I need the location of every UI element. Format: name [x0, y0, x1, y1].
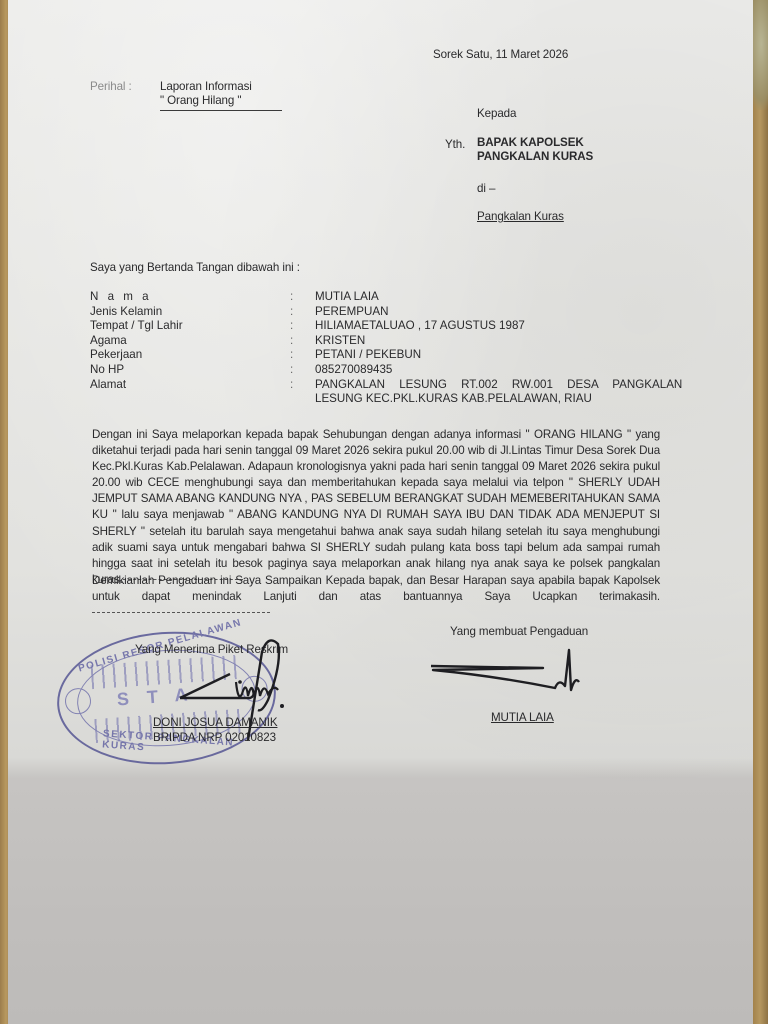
receiver-name: DONI JOSUA DAMANIK — [153, 716, 277, 729]
dashed-line — [92, 612, 270, 613]
place-date: Sorek Satu, 11 Maret 2026 — [433, 48, 568, 61]
identity-colon: : — [290, 363, 293, 376]
subject-label: Perihal : — [90, 80, 132, 93]
identity-value: 085270089435 — [315, 363, 392, 376]
identity-label: Alamat — [90, 378, 126, 391]
identity-colon: : — [290, 290, 293, 303]
intro-text: Saya yang Bertanda Tangan dibawah ini : — [90, 261, 300, 274]
identity-label: Agama — [90, 334, 127, 347]
complainant-name: MUTIA LAIA — [491, 711, 554, 724]
identity-value: HILIAMAETALUAO , 17 AGUSTUS 1987 — [315, 319, 525, 332]
identity-colon: : — [290, 378, 293, 391]
recipient-line-1: BAPAK KAPOLSEK — [477, 136, 584, 149]
identity-colon: : — [290, 305, 293, 318]
identity-colon: : — [290, 348, 293, 361]
identity-label: Tempat / Tgl Lahir — [90, 319, 183, 332]
identity-label: No HP — [90, 363, 124, 376]
identity-label: Pekerjaan — [90, 348, 142, 361]
recipient-line-2: PANGKALAN KURAS — [477, 150, 593, 163]
subject-line-1: Laporan Informasi — [160, 80, 252, 93]
receiver-rank-id: BRIPDA NRP 02010823 — [153, 731, 276, 744]
identity-colon: : — [290, 319, 293, 332]
complainant-signature-icon — [425, 648, 585, 698]
identity-value: MUTIA LAIA — [315, 290, 379, 303]
complainant-title: Yang membuat Pengaduan — [450, 625, 588, 638]
subject-line-2: " Orang Hilang " — [160, 94, 241, 107]
closing-paragraph: Demikianlah Pengaduan ini Saya Sampaikan… — [92, 573, 660, 621]
recipient-location: Pangkalan Kuras — [477, 210, 564, 223]
identity-value-continued: LESUNG KEC.PKL.KURAS KAB.PELALAWAN, RIAU — [315, 392, 592, 405]
identity-value: PETANI / PEKEBUN — [315, 348, 421, 361]
report-paragraph: Dengan ini Saya melaporkan kepada bapak … — [92, 427, 660, 588]
subject-underline — [160, 110, 282, 111]
identity-label: Jenis Kelamin — [90, 305, 162, 318]
recipient-di: di – — [477, 182, 495, 195]
identity-colon: : — [290, 334, 293, 347]
identity-label: N a m a — [90, 290, 152, 303]
identity-value: PEREMPUAN — [315, 305, 388, 318]
identity-value: PANGKALAN LESUNG RT.002 RW.001 DESA PANG… — [315, 378, 682, 391]
closing-text: Demikianlah Pengaduan ini Saya Sampaikan… — [92, 574, 660, 603]
recipient-honorific: Yth. — [445, 138, 465, 151]
identity-value: KRISTEN — [315, 334, 365, 347]
recipient-to-label: Kepada — [477, 107, 516, 120]
report-text: Dengan ini Saya melaporkan kepada bapak … — [92, 428, 660, 586]
